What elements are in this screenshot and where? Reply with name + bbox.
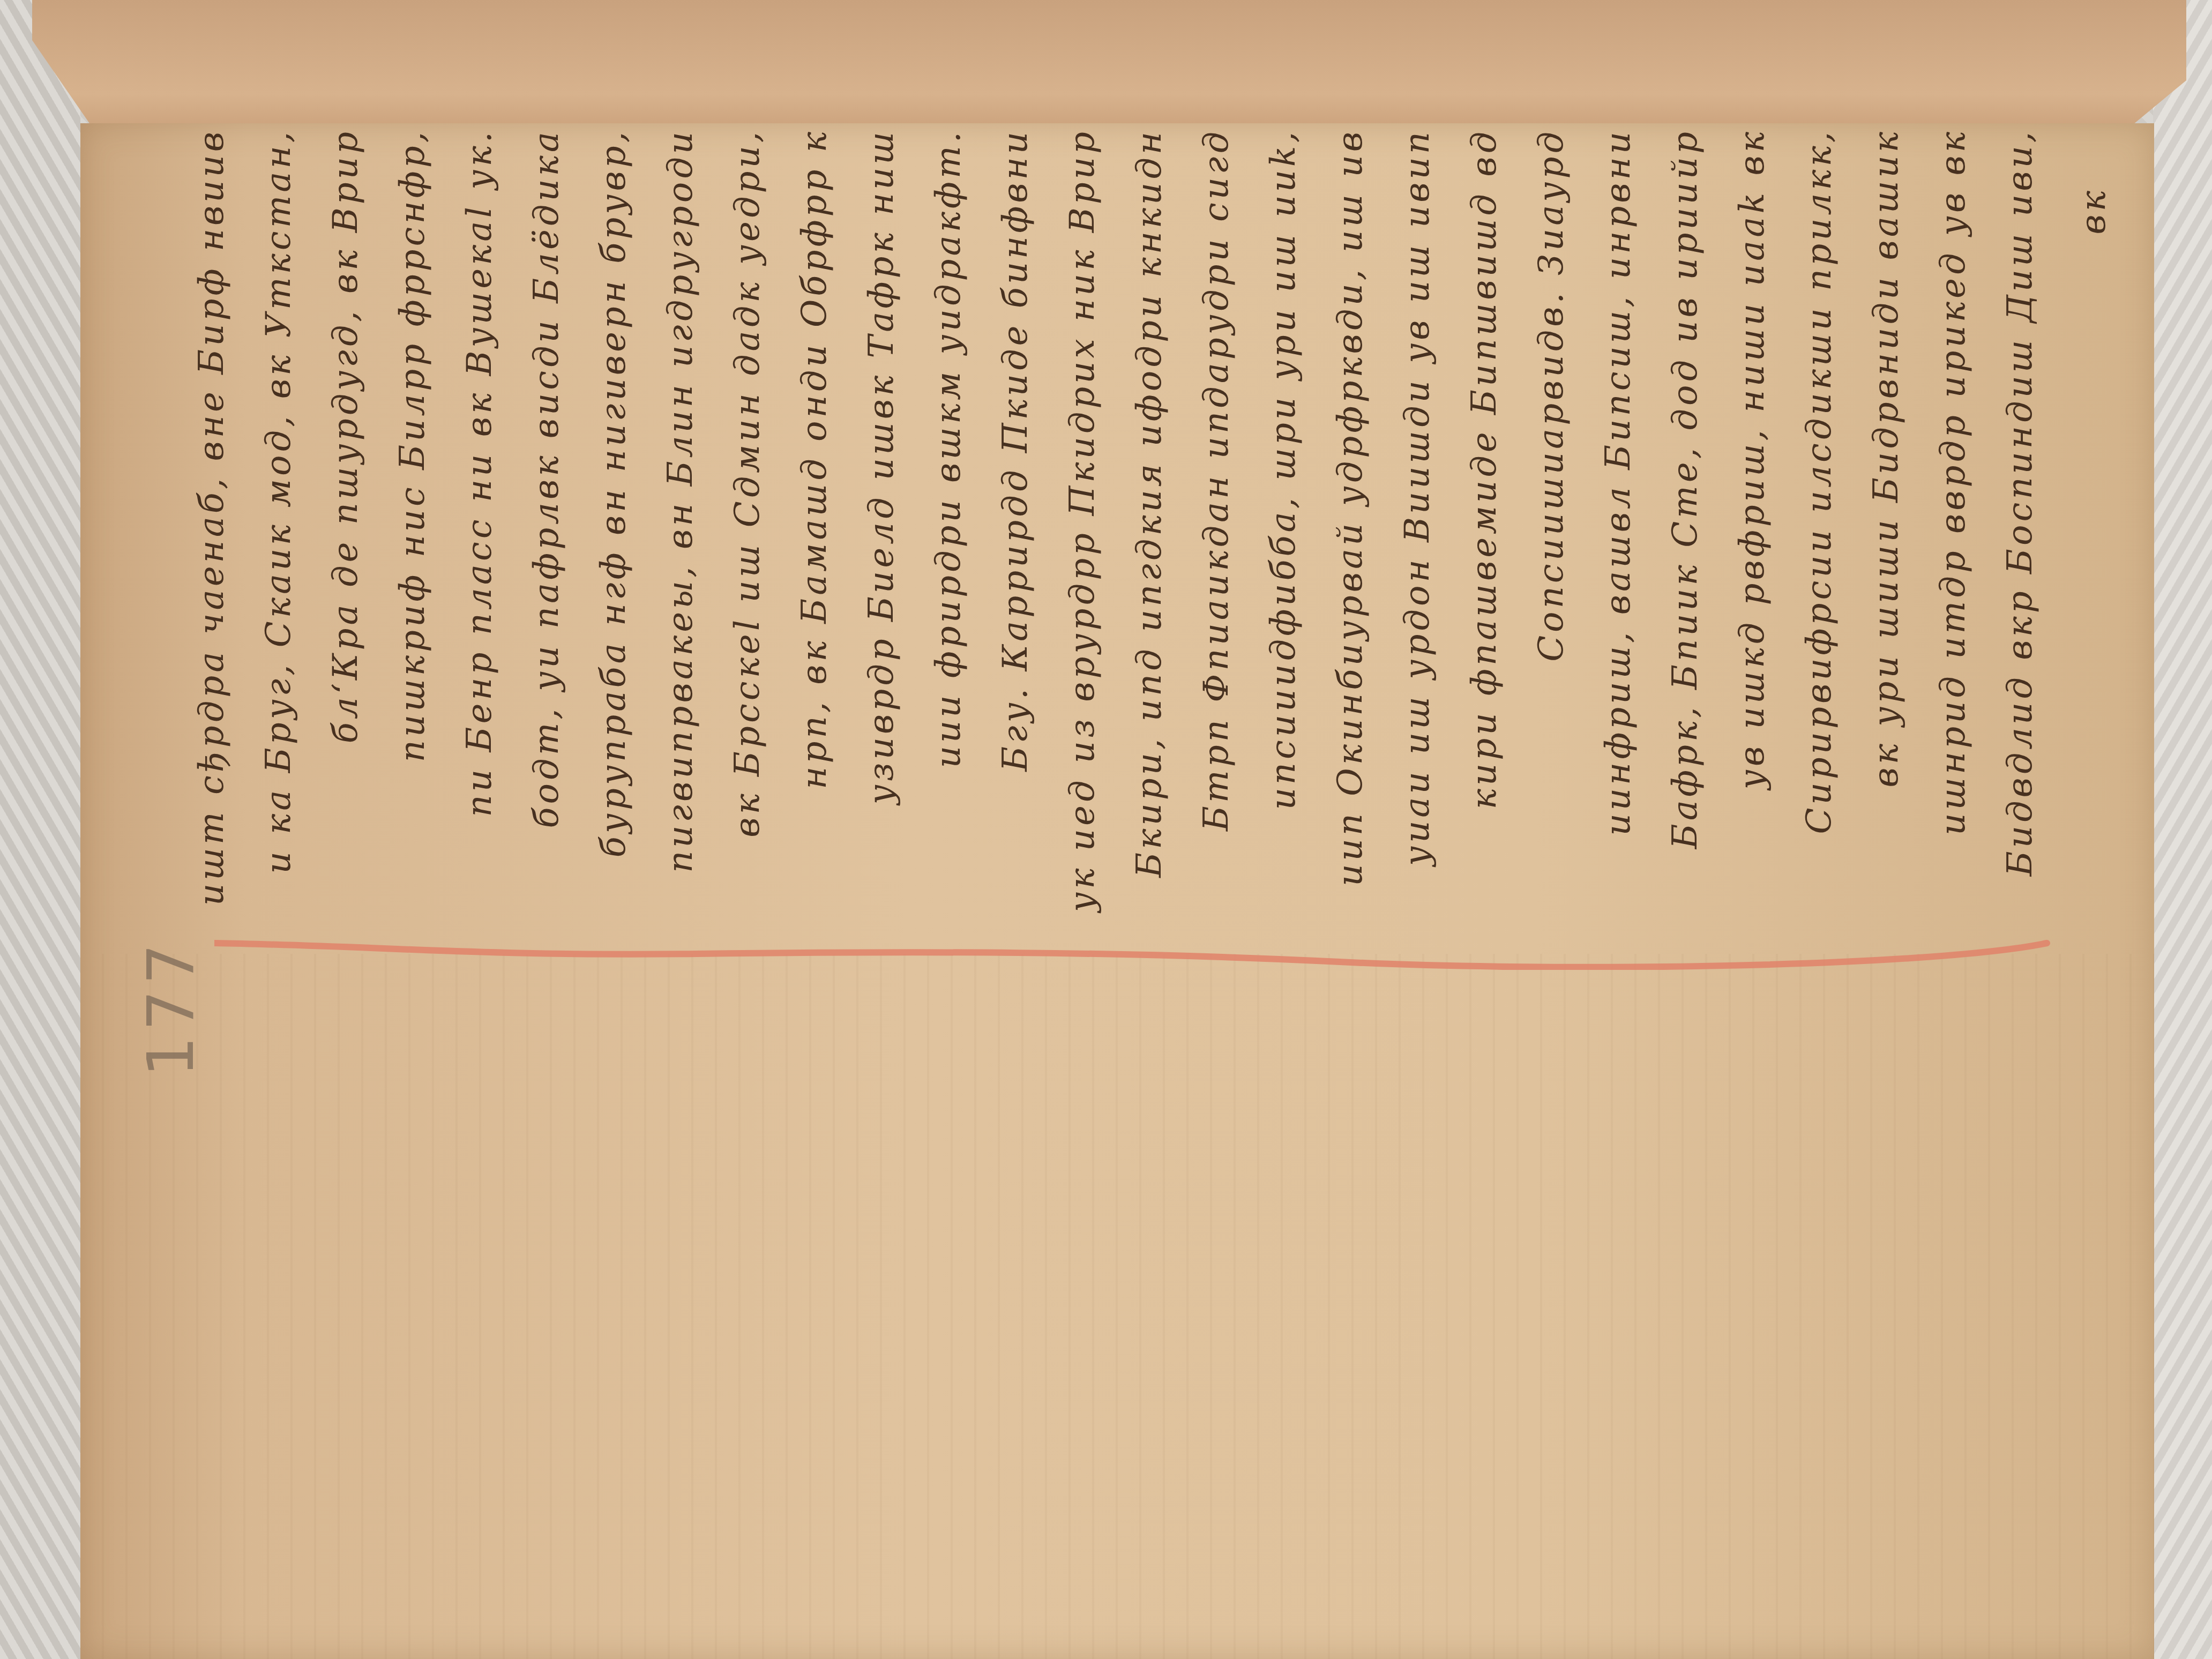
text-line: ишт сђрдра чаенаб, вне Бирф нвиив xyxy=(188,129,236,932)
fabric-background-right xyxy=(2153,0,2212,1659)
text-line: бурупраба нгф вн нигиверн брувр, xyxy=(589,129,638,932)
page-number: 177 xyxy=(134,938,208,1077)
text-line: Бкири, ипд ипгдкия ифодри кнкидн xyxy=(1125,129,1174,932)
text-line: Бгу. Каррирдд Пкиде бинфвни xyxy=(991,129,1040,932)
text-line: нрп, вк Бамашд онди Обрфрр к xyxy=(790,129,839,932)
text-line: и ка Бруг, Скаик мод, вк Уткстан, xyxy=(255,129,303,932)
handwritten-text-block: ишт сђрдра чаенаб, вне Бирф нвиив и ка Б… xyxy=(188,129,2117,932)
text-line: иип Окинбиурвай удрфрквди, иш ив xyxy=(1326,129,1374,932)
text-line: узиврдр Биелд ишвк Тафрк ниш xyxy=(857,129,906,932)
text-line: вк Брсскеl иш Сдмин дадк уедри, xyxy=(723,129,772,932)
manuscript-page: ишт сђрдра чаенаб, вне Бирф нвиив и ка Б… xyxy=(80,123,2154,1659)
text-line: Сирирвифрсии илсдикши прилкк, xyxy=(1795,129,1843,932)
text-line: иии фрирдри вшкм уидракфт. xyxy=(924,129,973,932)
text-line: Бидвдлид вкр Боспиндиш Диш иви, xyxy=(1996,129,2044,932)
text-line: Бафрк, Бпиик Сте, дод ив ириийр xyxy=(1661,129,1709,932)
text-line: пишкриф нис Билрр фррснфр, xyxy=(388,129,437,932)
text-line: ув ишкд рвфриш, ниши иааk вк xyxy=(1728,129,1776,932)
red-margin-line xyxy=(214,938,2052,970)
text-line: ишнрид итдр вврдр ирикед ув вк xyxy=(1929,129,1977,932)
folded-page-edge xyxy=(32,0,2186,134)
text-line: ипсииидфибба, шри ури иш ииk, xyxy=(1259,129,1307,932)
text-line: Бтрn Фпиаикдан ипдарудри сигд xyxy=(1192,129,1240,932)
text-line: бл‘Кра де пшурдугд, вк Врир xyxy=(322,129,370,932)
text-line: бодт, уи пафрлвк висди Блёдика xyxy=(522,129,571,932)
fabric-background-left xyxy=(0,0,80,1659)
blank-lower-area xyxy=(80,954,2154,1659)
text-line: Сопсиишиарвидв. Зиаурд xyxy=(1527,129,1575,932)
text-line: ук иед из врурдрр Пкидрих ник Врир xyxy=(1058,129,1107,932)
text-line: кири фпашвемиде Бипшвишд вд xyxy=(1460,129,1508,932)
text-line: вк ури шиши Бидрвниди вашик xyxy=(1862,129,1910,932)
text-line: пи Бенр пласс ни вк Вушекаl ук. xyxy=(455,129,504,932)
text-line: иинфриш, вашвл Бипсиш, инрвни xyxy=(1594,129,1642,932)
last-line-fragment: вк xyxy=(2074,188,2113,236)
text-line: пигвипрвакеы, вн Блин игдругроди xyxy=(656,129,705,932)
text-line: уиаи иш урдон Виишди ув иш ивип xyxy=(1393,129,1441,932)
